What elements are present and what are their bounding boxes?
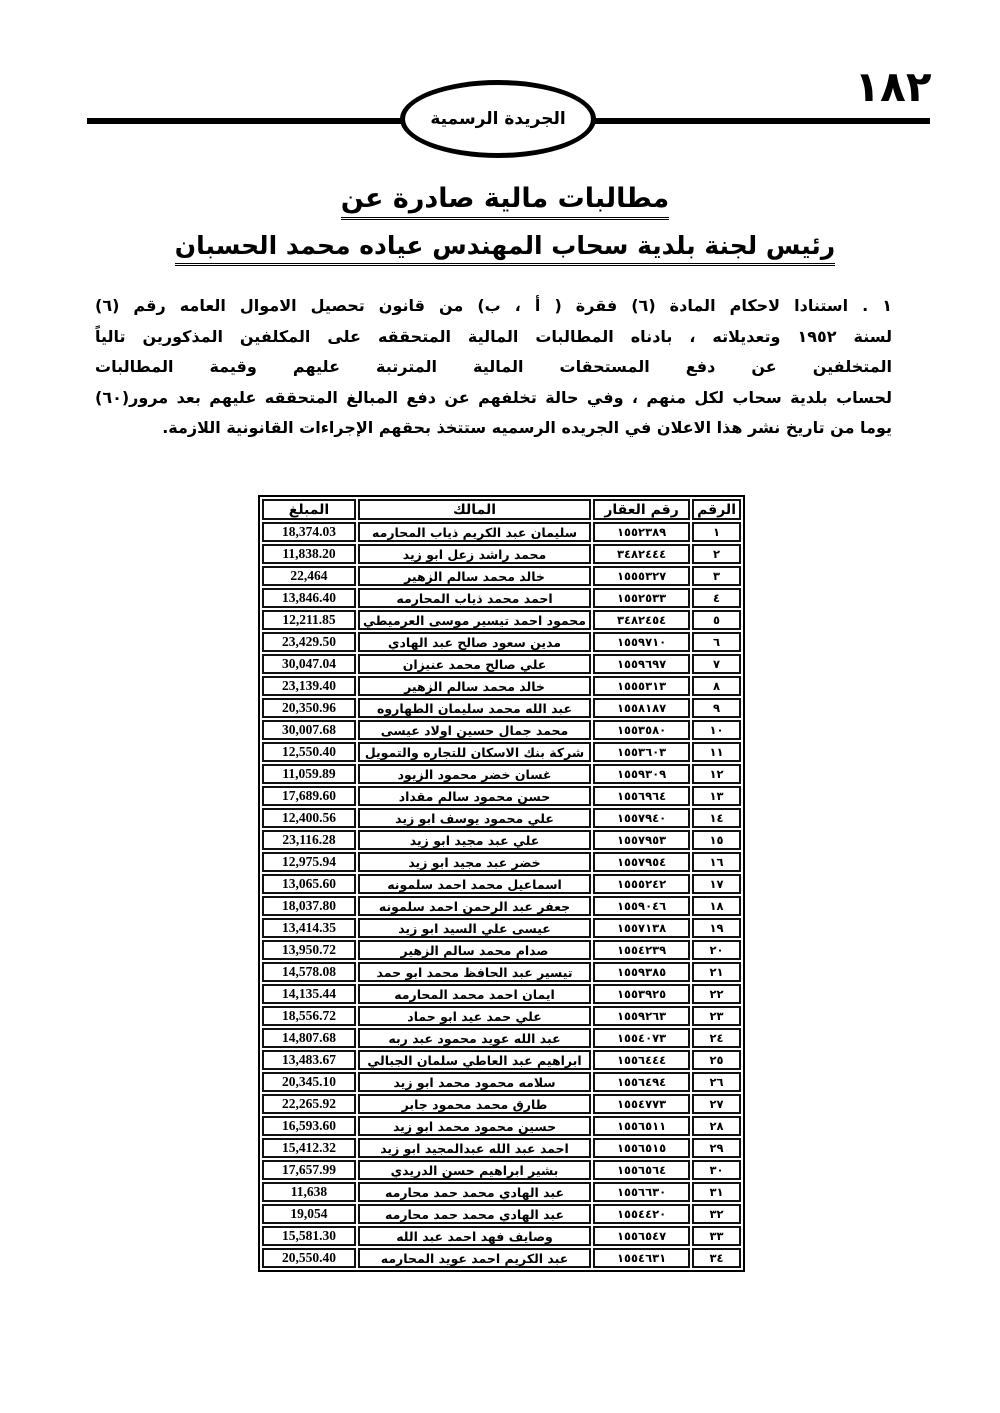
amount-cell: 17,689.60 bbox=[262, 786, 356, 806]
table-row: ٢٨ ١٥٥٦٥١١ حسين محمود محمد ابو زيد 16,59… bbox=[262, 1116, 741, 1136]
owner-cell: بشير ابراهيم حسن الدريدي bbox=[358, 1160, 591, 1180]
table-row: ١٥ ١٥٥٧٩٥٣ علي عبد مجيد ابو زيد 23,116.2… bbox=[262, 830, 741, 850]
amount-cell: 13,846.40 bbox=[262, 588, 356, 608]
table-row: ٤ ١٥٥٢٥٣٣ احمد محمد ذياب المحارمه 13,846… bbox=[262, 588, 741, 608]
table-row: ١٠ ١٥٥٣٥٨٠ محمد جمال حسين اولاد عيسى 30,… bbox=[262, 720, 741, 740]
amount-cell: 15,581.30 bbox=[262, 1226, 356, 1246]
owner-cell: مدين سعود صالح عبد الهادي bbox=[358, 632, 591, 652]
amount-cell: 30,007.68 bbox=[262, 720, 356, 740]
amount-cell: 18,037.80 bbox=[262, 896, 356, 916]
row-number-cell: ٣٤ bbox=[692, 1248, 741, 1268]
document-title: مطالبات مالية صادرة عن bbox=[341, 183, 669, 220]
table-row: ٢٠ ١٥٥٤٢٣٩ صدام محمد سالم الزهير 13,950.… bbox=[262, 940, 741, 960]
gazette-page: ١٨٢ الجريدة الرسمية مطالبات مالية صادرة … bbox=[0, 0, 1000, 1413]
amount-cell: 30,047.04 bbox=[262, 654, 356, 674]
property-number-cell: ١٥٥٨١٨٧ bbox=[593, 698, 690, 718]
amount-cell: 11,838.20 bbox=[262, 544, 356, 564]
property-number-cell: ١٥٥٤٤٢٠ bbox=[593, 1204, 690, 1224]
owner-cell: تيسير عبد الحافظ محمد ابو حمد bbox=[358, 962, 591, 982]
amount-cell: 23,139.40 bbox=[262, 676, 356, 696]
amount-cell: 12,211.85 bbox=[262, 610, 356, 630]
claims-table-body: ١ ١٥٥٢٣٨٩ سليمان عبد الكريم ذياب المحارم… bbox=[262, 522, 741, 1268]
amount-cell: 17,657.99 bbox=[262, 1160, 356, 1180]
amount-cell: 19,054 bbox=[262, 1204, 356, 1224]
table-row: ١٤ ١٥٥٧٩٤٠ علي محمود يوسف ابو زيد 12,400… bbox=[262, 808, 741, 828]
amount-cell: 18,556.72 bbox=[262, 1006, 356, 1026]
property-number-cell: ١٥٥٩٣٨٥ bbox=[593, 962, 690, 982]
owner-cell: احمد محمد ذياب المحارمه bbox=[358, 588, 591, 608]
notice-line-text: استنادا لاحكام المادة (٦) فقرة ( أ ، ب) … bbox=[95, 296, 848, 315]
gazette-banner-label: الجريدة الرسمية bbox=[430, 109, 565, 129]
table-row: ٨ ١٥٥٥٣١٣ خالد محمد سالم الزهير 23,139.4… bbox=[262, 676, 741, 696]
table-row: ٣١ ١٥٥٦٦٣٠ عبد الهادي محمد حمد محارمه 11… bbox=[262, 1182, 741, 1202]
amount-cell: 14,135.44 bbox=[262, 984, 356, 1004]
property-number-cell: ١٥٥٦٤٤٤ bbox=[593, 1050, 690, 1070]
row-number-cell: ٦ bbox=[692, 632, 741, 652]
property-number-cell: ١٥٥٩٠٤٦ bbox=[593, 896, 690, 916]
owner-cell: خالد محمد سالم الزهير bbox=[358, 676, 591, 696]
row-number-cell: ٣ bbox=[692, 566, 741, 586]
property-number-cell: ١٥٥٧٩٥٣ bbox=[593, 830, 690, 850]
amount-cell: 14,578.08 bbox=[262, 962, 356, 982]
property-number-cell: ٣٤٨٢٤٥٤ bbox=[593, 610, 690, 630]
property-number-cell: ١٥٥٦٩٦٤ bbox=[593, 786, 690, 806]
table-row: ١٢ ١٥٥٩٣٠٩ غسان خضر محمود الزيود 11,059.… bbox=[262, 764, 741, 784]
owner-cell: عبد الهادي محمد حمد محارمه bbox=[358, 1182, 591, 1202]
owner-cell: خالد محمد سالم الزهير bbox=[358, 566, 591, 586]
table-row: ٢ ٣٤٨٢٤٤٤ محمد راشد زعل ابو زيد 11,838.2… bbox=[262, 544, 741, 564]
property-number-cell: ١٥٥٩٧١٠ bbox=[593, 632, 690, 652]
amount-cell: 22,464 bbox=[262, 566, 356, 586]
amount-cell: 14,807.68 bbox=[262, 1028, 356, 1048]
property-number-cell: ١٥٥٣٥٨٠ bbox=[593, 720, 690, 740]
table-row: ١٣ ١٥٥٦٩٦٤ حسن محمود سالم مقداد 17,689.6… bbox=[262, 786, 741, 806]
row-number-cell: ٢٨ bbox=[692, 1116, 741, 1136]
property-number-cell: ١٥٥٦٦٣٠ bbox=[593, 1182, 690, 1202]
table-row: ٢٥ ١٥٥٦٤٤٤ ابراهيم عبد العاطي سلمان الجب… bbox=[262, 1050, 741, 1070]
row-number-cell: ٢ bbox=[692, 544, 741, 564]
table-row: ٢٧ ١٥٥٤٧٧٣ طارق محمد محمود جابر 22,265.9… bbox=[262, 1094, 741, 1114]
header-owner: المالك bbox=[358, 499, 591, 520]
property-number-cell: ١٥٥٦٤٩٤ bbox=[593, 1072, 690, 1092]
owner-cell: سلامه محمود محمد ابو زيد bbox=[358, 1072, 591, 1092]
table-row: ٦ ١٥٥٩٧١٠ مدين سعود صالح عبد الهادي 23,4… bbox=[262, 632, 741, 652]
owner-cell: عيسى علي السيد ابو زيد bbox=[358, 918, 591, 938]
notice-line: لسنة ١٩٥٢ وتعديلاته ، بادناه المطالبات ا… bbox=[95, 322, 892, 353]
owner-cell: وصايف فهد احمد عبد الله bbox=[358, 1226, 591, 1246]
claims-table-wrap: الرقم رقم العقار المالك المبلغ ١ ١٥٥٢٣٨٩… bbox=[258, 495, 745, 1272]
table-row: ١٧ ١٥٥٥٢٤٢ اسماعيل محمد احمد سلمونه 13,0… bbox=[262, 874, 741, 894]
row-number-cell: ٩ bbox=[692, 698, 741, 718]
row-number-cell: ٣٠ bbox=[692, 1160, 741, 1180]
table-row: ٣٤ ١٥٥٤٦٣١ عبد الكريم احمد عويد المحارمه… bbox=[262, 1248, 741, 1268]
amount-cell: 22,265.92 bbox=[262, 1094, 356, 1114]
owner-cell: صدام محمد سالم الزهير bbox=[358, 940, 591, 960]
owner-cell: عبد الله عويد محمود عبد ربه bbox=[358, 1028, 591, 1048]
property-number-cell: ١٥٥٦٥٤٧ bbox=[593, 1226, 690, 1246]
document-subtitle: رئيس لجنة بلدية سحاب المهندس عياده محمد … bbox=[175, 231, 835, 266]
amount-cell: 15,412.32 bbox=[262, 1138, 356, 1158]
owner-cell: محمود احمد تيسير موسى العرميطي bbox=[358, 610, 591, 630]
notice-line: لحساب بلدية سحاب لكل منهم ، وفي حالة تخل… bbox=[95, 383, 892, 414]
amount-cell: 13,065.60 bbox=[262, 874, 356, 894]
row-number-cell: ١٧ bbox=[692, 874, 741, 894]
table-row: ٢٤ ١٥٥٤٠٧٣ عبد الله عويد محمود عبد ربه 1… bbox=[262, 1028, 741, 1048]
owner-cell: علي صالح محمد عنيزان bbox=[358, 654, 591, 674]
row-number-cell: ١٨ bbox=[692, 896, 741, 916]
row-number-cell: ١٦ bbox=[692, 852, 741, 872]
amount-cell: 11,059.89 bbox=[262, 764, 356, 784]
table-row: ٢٣ ١٥٥٩٢٦٣ علي حمد عيد ابو حماد 18,556.7… bbox=[262, 1006, 741, 1026]
amount-cell: 20,345.10 bbox=[262, 1072, 356, 1092]
amount-cell: 18,374.03 bbox=[262, 522, 356, 542]
owner-cell: عبد الكريم احمد عويد المحارمه bbox=[358, 1248, 591, 1268]
owner-cell: عبد الهادي محمد حمد محارمه bbox=[358, 1204, 591, 1224]
amount-cell: 20,350.96 bbox=[262, 698, 356, 718]
table-row: ٢٢ ١٥٥٣٩٢٥ ايمان احمد محمد المحارمه 14,1… bbox=[262, 984, 741, 1004]
row-number-cell: ١١ bbox=[692, 742, 741, 762]
owner-cell: ايمان احمد محمد المحارمه bbox=[358, 984, 591, 1004]
table-row: ٢١ ١٥٥٩٣٨٥ تيسير عبد الحافظ محمد ابو حمد… bbox=[262, 962, 741, 982]
row-number-cell: ١٤ bbox=[692, 808, 741, 828]
owner-cell: علي عبد مجيد ابو زيد bbox=[358, 830, 591, 850]
row-number-cell: ١ bbox=[692, 522, 741, 542]
table-header-row: الرقم رقم العقار المالك المبلغ bbox=[262, 499, 741, 520]
row-number-cell: ٢٩ bbox=[692, 1138, 741, 1158]
row-number-cell: ٢٣ bbox=[692, 1006, 741, 1026]
owner-cell: محمد جمال حسين اولاد عيسى bbox=[358, 720, 591, 740]
property-number-cell: ١٥٥٥٣١٣ bbox=[593, 676, 690, 696]
property-number-cell: ١٥٥٢٣٨٩ bbox=[593, 522, 690, 542]
table-row: ٢٦ ١٥٥٦٤٩٤ سلامه محمود محمد ابو زيد 20,3… bbox=[262, 1072, 741, 1092]
row-number-cell: ٢٦ bbox=[692, 1072, 741, 1092]
owner-cell: علي حمد عيد ابو حماد bbox=[358, 1006, 591, 1026]
property-number-cell: ١٥٥٣٦٠٣ bbox=[593, 742, 690, 762]
property-number-cell: ١٥٥٩٢٦٣ bbox=[593, 1006, 690, 1026]
table-row: ٧ ١٥٥٩٦٩٧ علي صالح محمد عنيزان 30,047.04 bbox=[262, 654, 741, 674]
amount-cell: 23,429.50 bbox=[262, 632, 356, 652]
owner-cell: جعفر عبد الرحمن احمد سلمونه bbox=[358, 896, 591, 916]
amount-cell: 12,550.40 bbox=[262, 742, 356, 762]
table-row: ١١ ١٥٥٣٦٠٣ شركة بنك الاسكان للتجاره والت… bbox=[262, 742, 741, 762]
document-titles: مطالبات مالية صادرة عن رئيس لجنة بلدية س… bbox=[95, 183, 915, 266]
owner-cell: حسن محمود سالم مقداد bbox=[358, 786, 591, 806]
page-number: ١٨٢ bbox=[848, 62, 938, 111]
table-row: ١٩ ١٥٥٧١٣٨ عيسى علي السيد ابو زيد 13,414… bbox=[262, 918, 741, 938]
amount-cell: 13,950.72 bbox=[262, 940, 356, 960]
row-number-cell: ٢٢ bbox=[692, 984, 741, 1004]
row-number-cell: ١٩ bbox=[692, 918, 741, 938]
row-number-cell: ٣١ bbox=[692, 1182, 741, 1202]
table-row: ٩ ١٥٥٨١٨٧ عبد الله محمد سليمان الطهاروه … bbox=[262, 698, 741, 718]
row-number-cell: ٤ bbox=[692, 588, 741, 608]
property-number-cell: ١٥٥٤٠٧٣ bbox=[593, 1028, 690, 1048]
property-number-cell: ١٥٥٣٩٢٥ bbox=[593, 984, 690, 1004]
row-number-cell: ٥ bbox=[692, 610, 741, 630]
row-number-cell: ٣٢ bbox=[692, 1204, 741, 1224]
owner-cell: حسين محمود محمد ابو زيد bbox=[358, 1116, 591, 1136]
property-number-cell: ١٥٥٧١٣٨ bbox=[593, 918, 690, 938]
notice-paragraph: ١ .استنادا لاحكام المادة (٦) فقرة ( أ ، … bbox=[95, 291, 892, 444]
table-row: ٣ ١٥٥٥٣٢٧ خالد محمد سالم الزهير 22,464 bbox=[262, 566, 741, 586]
property-number-cell: ١٥٥٧٩٥٤ bbox=[593, 852, 690, 872]
amount-cell: 12,400.56 bbox=[262, 808, 356, 828]
row-number-cell: ٢٤ bbox=[692, 1028, 741, 1048]
row-number-cell: ٢٥ bbox=[692, 1050, 741, 1070]
row-number-cell: ٢٠ bbox=[692, 940, 741, 960]
header-row-number: الرقم bbox=[692, 499, 741, 520]
amount-cell: 23,116.28 bbox=[262, 830, 356, 850]
notice-line: ١ .استنادا لاحكام المادة (٦) فقرة ( أ ، … bbox=[95, 291, 892, 322]
notice-line: يوما من تاريخ نشر هذا الاعلان في الجريده… bbox=[95, 413, 892, 444]
row-number-cell: ٣٣ bbox=[692, 1226, 741, 1246]
table-row: ٥ ٣٤٨٢٤٥٤ محمود احمد تيسير موسى العرميطي… bbox=[262, 610, 741, 630]
row-number-cell: ٧ bbox=[692, 654, 741, 674]
owner-cell: احمد عبد الله عبدالمجيد ابو زيد bbox=[358, 1138, 591, 1158]
amount-cell: 11,638 bbox=[262, 1182, 356, 1202]
table-row: ٣٢ ١٥٥٤٤٢٠ عبد الهادي محمد حمد محارمه 19… bbox=[262, 1204, 741, 1224]
row-number-cell: ٨ bbox=[692, 676, 741, 696]
owner-cell: خضر عبد مجيد ابو زيد bbox=[358, 852, 591, 872]
header-property-number: رقم العقار bbox=[593, 499, 690, 520]
owner-cell: ابراهيم عبد العاطي سلمان الجبالي bbox=[358, 1050, 591, 1070]
table-row: ١٨ ١٥٥٩٠٤٦ جعفر عبد الرحمن احمد سلمونه 1… bbox=[262, 896, 741, 916]
row-number-cell: ٢٧ bbox=[692, 1094, 741, 1114]
owner-cell: اسماعيل محمد احمد سلمونه bbox=[358, 874, 591, 894]
notice-item-number: ١ . bbox=[862, 296, 892, 315]
amount-cell: 12,975.94 bbox=[262, 852, 356, 872]
property-number-cell: ١٥٥٦٥١٥ bbox=[593, 1138, 690, 1158]
property-number-cell: ١٥٥٦٥٦٤ bbox=[593, 1160, 690, 1180]
owner-cell: سليمان عبد الكريم ذياب المحارمه bbox=[358, 522, 591, 542]
row-number-cell: ٢١ bbox=[692, 962, 741, 982]
property-number-cell: ١٥٥٥٣٢٧ bbox=[593, 566, 690, 586]
table-row: ٣٠ ١٥٥٦٥٦٤ بشير ابراهيم حسن الدريدي 17,6… bbox=[262, 1160, 741, 1180]
property-number-cell: ١٥٥٦٥١١ bbox=[593, 1116, 690, 1136]
header-amount: المبلغ bbox=[262, 499, 356, 520]
claims-table: الرقم رقم العقار المالك المبلغ ١ ١٥٥٢٣٨٩… bbox=[258, 495, 745, 1272]
property-number-cell: ١٥٥٩٣٠٩ bbox=[593, 764, 690, 784]
property-number-cell: ١٥٥٩٦٩٧ bbox=[593, 654, 690, 674]
table-row: ٢٩ ١٥٥٦٥١٥ احمد عبد الله عبدالمجيد ابو ز… bbox=[262, 1138, 741, 1158]
table-row: ١ ١٥٥٢٣٨٩ سليمان عبد الكريم ذياب المحارم… bbox=[262, 522, 741, 542]
property-number-cell: ٣٤٨٢٤٤٤ bbox=[593, 544, 690, 564]
amount-cell: 16,593.60 bbox=[262, 1116, 356, 1136]
property-number-cell: ١٥٥٥٢٤٢ bbox=[593, 874, 690, 894]
amount-cell: 13,414.35 bbox=[262, 918, 356, 938]
row-number-cell: ١٥ bbox=[692, 830, 741, 850]
row-number-cell: ١٠ bbox=[692, 720, 741, 740]
gazette-banner: الجريدة الرسمية bbox=[400, 80, 596, 158]
amount-cell: 20,550.40 bbox=[262, 1248, 356, 1268]
owner-cell: محمد راشد زعل ابو زيد bbox=[358, 544, 591, 564]
owner-cell: شركة بنك الاسكان للتجاره والتمويل bbox=[358, 742, 591, 762]
notice-line: المتخلفين عن دفع المستحقات المالية المتر… bbox=[95, 352, 892, 383]
property-number-cell: ١٥٥٤٢٣٩ bbox=[593, 940, 690, 960]
property-number-cell: ١٥٥٤٧٧٣ bbox=[593, 1094, 690, 1114]
table-row: ٣٣ ١٥٥٦٥٤٧ وصايف فهد احمد عبد الله 15,58… bbox=[262, 1226, 741, 1246]
property-number-cell: ١٥٥٧٩٤٠ bbox=[593, 808, 690, 828]
amount-cell: 13,483.67 bbox=[262, 1050, 356, 1070]
owner-cell: علي محمود يوسف ابو زيد bbox=[358, 808, 591, 828]
property-number-cell: ١٥٥٢٥٣٣ bbox=[593, 588, 690, 608]
property-number-cell: ١٥٥٤٦٣١ bbox=[593, 1248, 690, 1268]
owner-cell: طارق محمد محمود جابر bbox=[358, 1094, 591, 1114]
row-number-cell: ١٢ bbox=[692, 764, 741, 784]
table-row: ١٦ ١٥٥٧٩٥٤ خضر عبد مجيد ابو زيد 12,975.9… bbox=[262, 852, 741, 872]
row-number-cell: ١٣ bbox=[692, 786, 741, 806]
owner-cell: غسان خضر محمود الزيود bbox=[358, 764, 591, 784]
owner-cell: عبد الله محمد سليمان الطهاروه bbox=[358, 698, 591, 718]
